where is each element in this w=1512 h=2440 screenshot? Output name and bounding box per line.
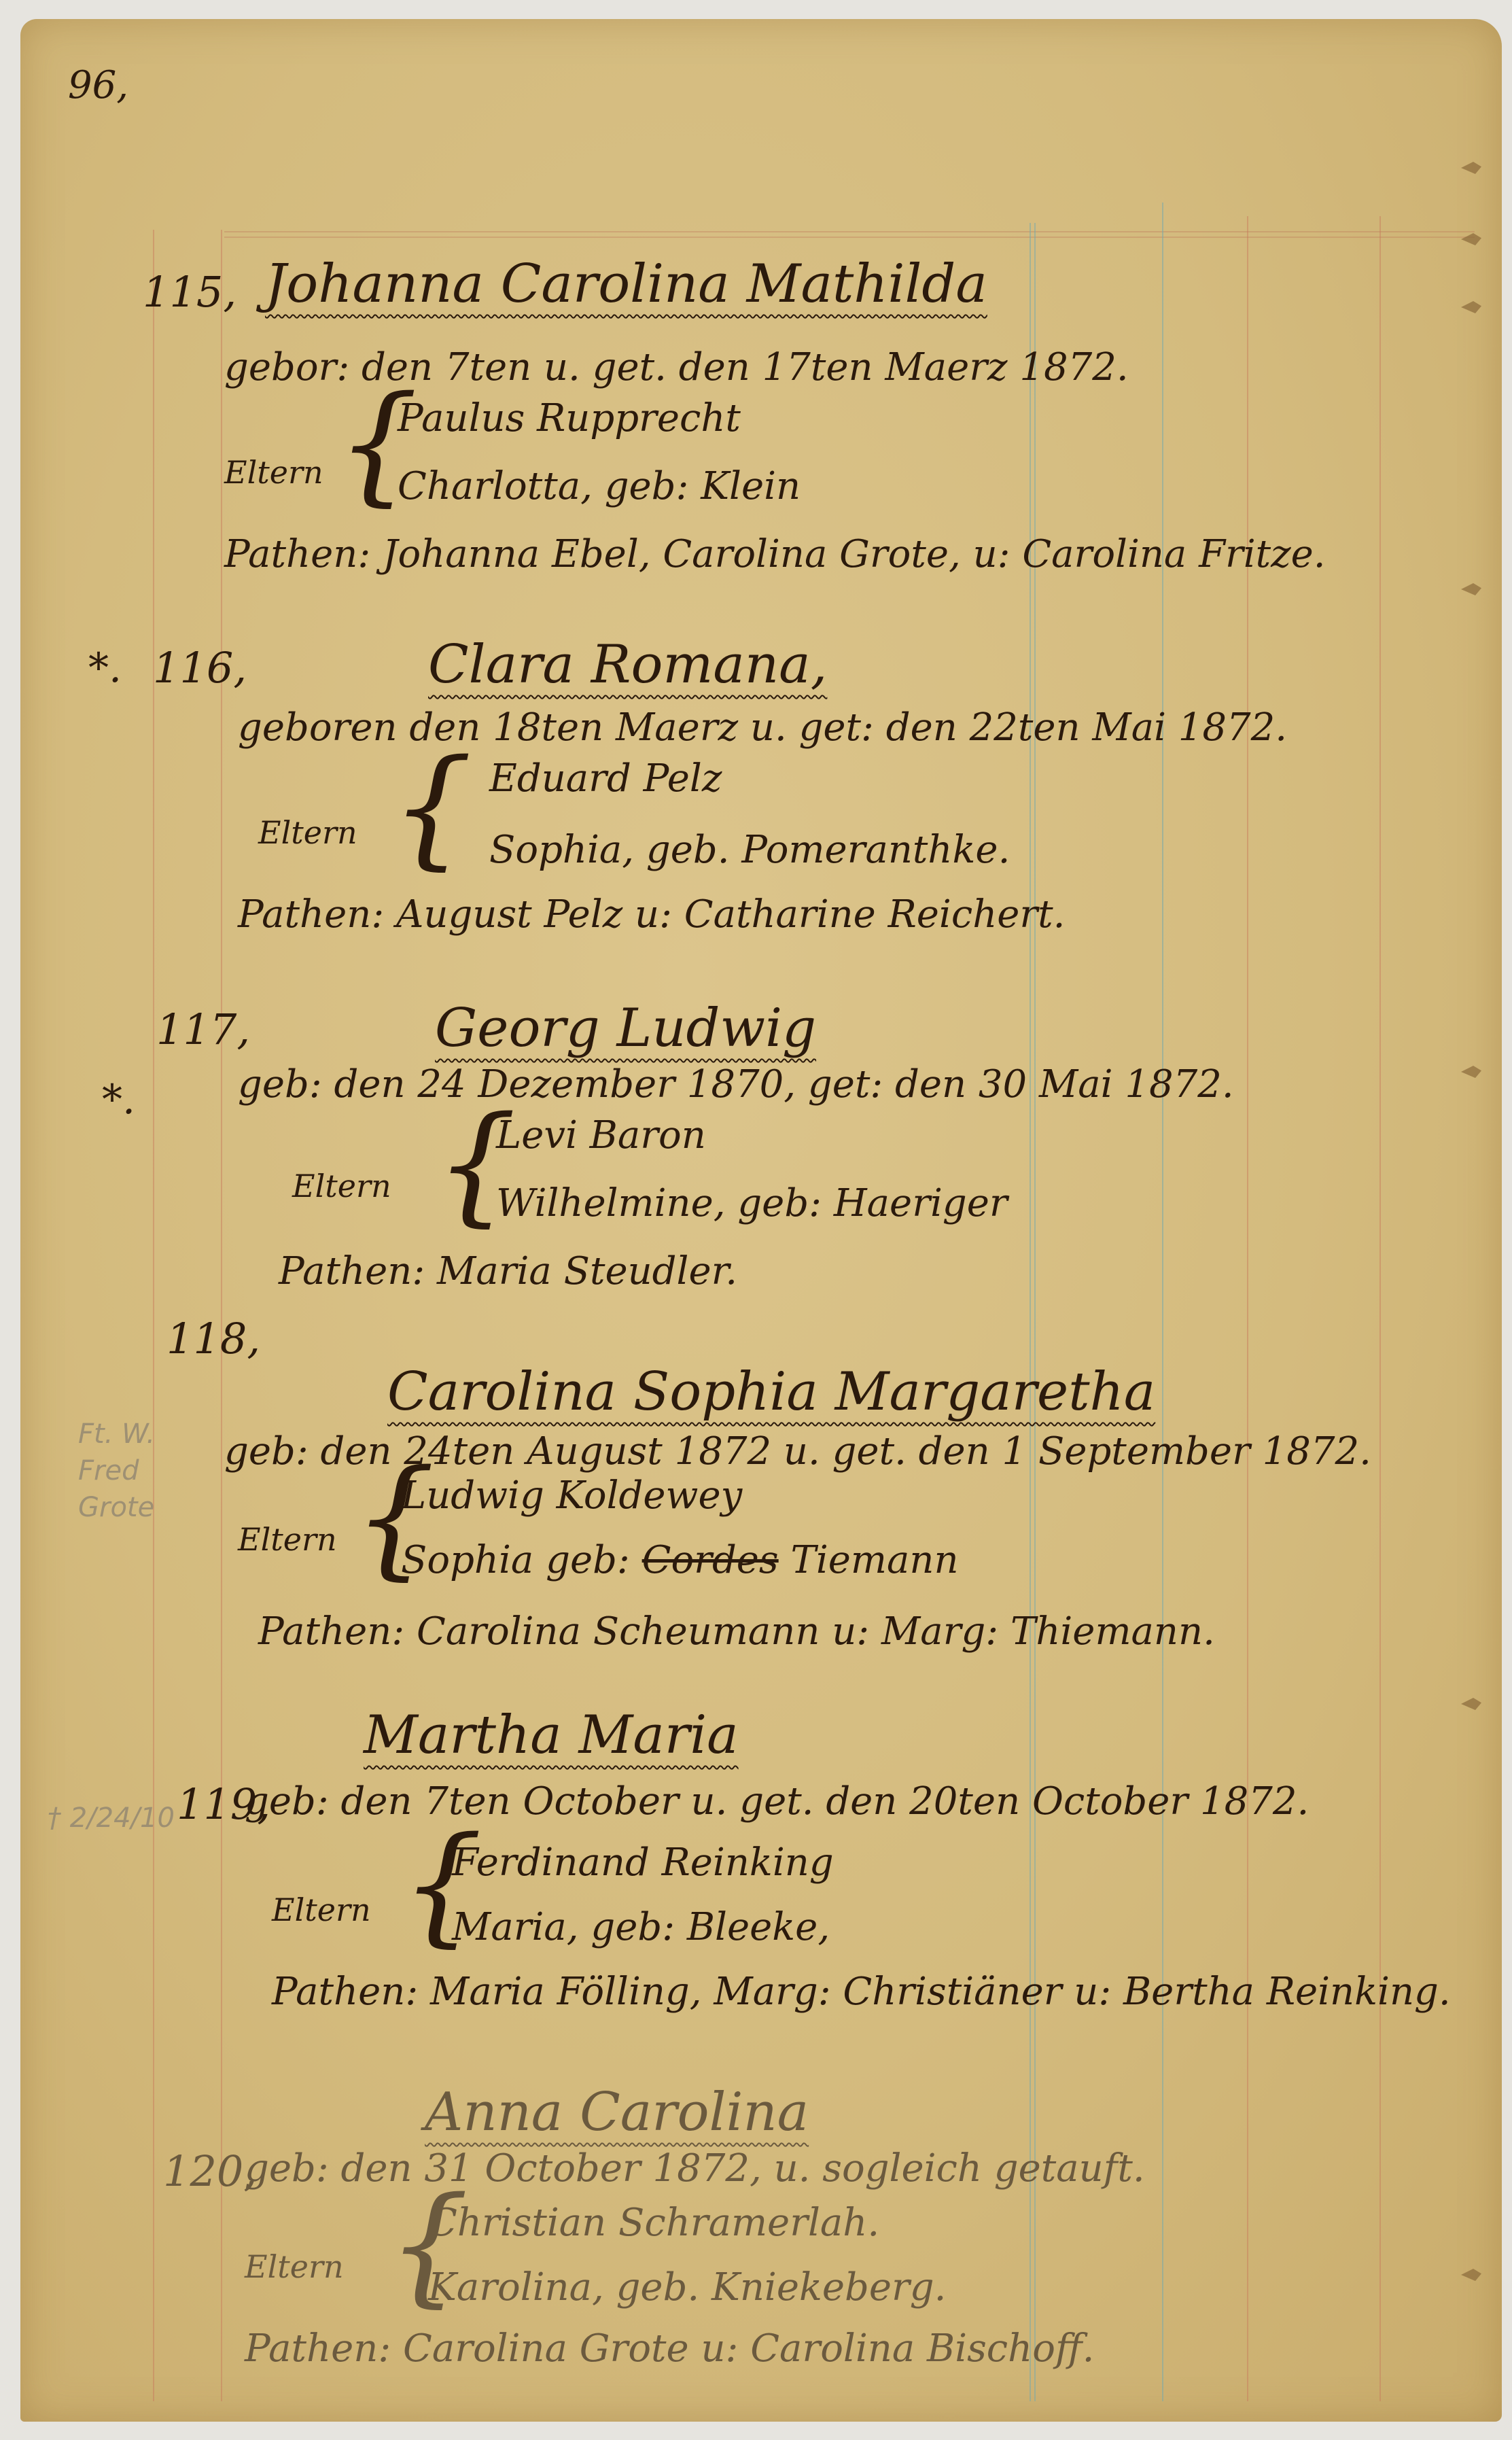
child-name: Georg Ludwig xyxy=(435,998,816,1059)
mother-name: Sophia geb: Cordes Tiemann xyxy=(401,1538,959,1582)
sponsors: Pathen: Johanna Ebel, Carolina Grote, u:… xyxy=(224,532,1326,576)
sponsors: Pathen: Maria Steudler. xyxy=(279,1249,737,1293)
entry-number: 117, xyxy=(156,1005,250,1054)
parents-label: Eltern xyxy=(224,454,323,491)
sponsors-names: Maria Fölling, Marg: Christiäner u: Bert… xyxy=(430,1970,1451,2014)
sponsors-names: Carolina Grote u: Carolina Bischoff. xyxy=(403,2326,1094,2371)
father-name: Levi Baron xyxy=(496,1113,706,1157)
sponsors: Pathen: Carolina Scheumann u: Marg: Thie… xyxy=(258,1609,1215,1654)
margin-rule-left xyxy=(153,230,154,2401)
mother-name: Maria, geb: Bleeke, xyxy=(452,1905,830,1949)
parents-label: Eltern xyxy=(272,1892,371,1928)
page-number: 96, xyxy=(68,63,128,107)
binding-tear xyxy=(1461,162,1481,174)
sponsors: Pathen: Maria Fölling, Marg: Christiäner… xyxy=(272,1970,1451,2014)
parents-label: Eltern xyxy=(292,1168,391,1204)
binding-tear xyxy=(1461,2269,1481,2281)
margin-death-note: † 2/24/10 xyxy=(48,1800,175,1836)
binding-tear xyxy=(1461,301,1481,313)
margin-pencil-note: Ft. W. Fred Grote xyxy=(78,1416,214,1526)
child-name: Martha Maria xyxy=(364,1705,739,1766)
mother-given-name: Sophia geb: xyxy=(401,1538,630,1582)
sponsors-label: Pathen: xyxy=(245,2326,391,2371)
entry-number: 115, xyxy=(143,267,236,317)
binding-tear xyxy=(1461,583,1481,595)
parents-label: Eltern xyxy=(245,2248,344,2285)
child-name: Anna Carolina xyxy=(425,2082,809,2143)
binding-tear xyxy=(1461,1698,1481,1710)
entry-number: 116, xyxy=(153,643,247,693)
mother-name: Sophia, geb. Pomeranthke. xyxy=(489,828,1010,872)
entry-number: 120, xyxy=(163,2146,257,2196)
mother-maiden-correction: Tiemann xyxy=(790,1538,958,1582)
father-name: Ludwig Koldewey xyxy=(401,1474,742,1518)
asterisk-marker: *. xyxy=(102,1076,135,1123)
binding-tear xyxy=(1461,233,1481,245)
sponsors-label: Pathen: xyxy=(224,532,370,576)
entry-number: 118, xyxy=(166,1314,260,1363)
header-rule xyxy=(224,231,1475,232)
birth-baptism-dates: geb: den 24 Dezember 1870, get: den 30 M… xyxy=(238,1062,1234,1106)
sponsors: Pathen: Carolina Grote u: Carolina Bisch… xyxy=(245,2326,1094,2371)
father-name: Eduard Pelz xyxy=(489,756,722,801)
sponsors-label: Pathen: xyxy=(272,1970,418,2014)
sponsors-label: Pathen: xyxy=(258,1609,404,1654)
mother-name: Wilhelmine, geb: Haeriger xyxy=(496,1181,1008,1225)
father-name: Paulus Rupprecht xyxy=(398,396,741,440)
asterisk-marker: *. xyxy=(88,644,122,692)
mother-name: Karolina, geb. Kniekeberg. xyxy=(428,2265,946,2310)
child-name: Clara Romana, xyxy=(428,634,827,695)
father-name: Ferdinand Reinking xyxy=(452,1841,834,1885)
father-name: Christian Schramerlah. xyxy=(428,2201,879,2245)
sponsors-label: Pathen: xyxy=(238,892,384,937)
mother-name: Charlotta, geb: Klein xyxy=(398,464,801,508)
sponsors: Pathen: August Pelz u: Catharine Reicher… xyxy=(238,892,1065,937)
birth-baptism-dates: geb: den 31 October 1872, u. sogleich ge… xyxy=(245,2146,1145,2191)
child-name: Carolina Sophia Margaretha xyxy=(387,1361,1155,1423)
child-name: Johanna Carolina Mathilda xyxy=(265,254,987,315)
sponsors-names: August Pelz u: Catharine Reichert. xyxy=(396,892,1065,937)
sponsors-names: Johanna Ebel, Carolina Grote, u: Carolin… xyxy=(383,532,1326,576)
parents-brace: { xyxy=(391,743,473,872)
parents-label: Eltern xyxy=(258,814,357,851)
parents-label: Eltern xyxy=(238,1521,337,1558)
sponsors-names: Carolina Scheumann u: Marg: Thiemann. xyxy=(417,1609,1215,1654)
register-page: 96, 115, Johanna Carolina Mathilda gebor… xyxy=(20,19,1502,2422)
mother-maiden-struck: Cordes xyxy=(642,1538,779,1582)
column-rule-red-2 xyxy=(1379,216,1381,2401)
binding-tear xyxy=(1461,1066,1481,1078)
sponsors-label: Pathen: xyxy=(279,1249,425,1293)
sponsors-names: Maria Steudler. xyxy=(437,1249,737,1293)
header-rule-double xyxy=(224,237,1475,238)
